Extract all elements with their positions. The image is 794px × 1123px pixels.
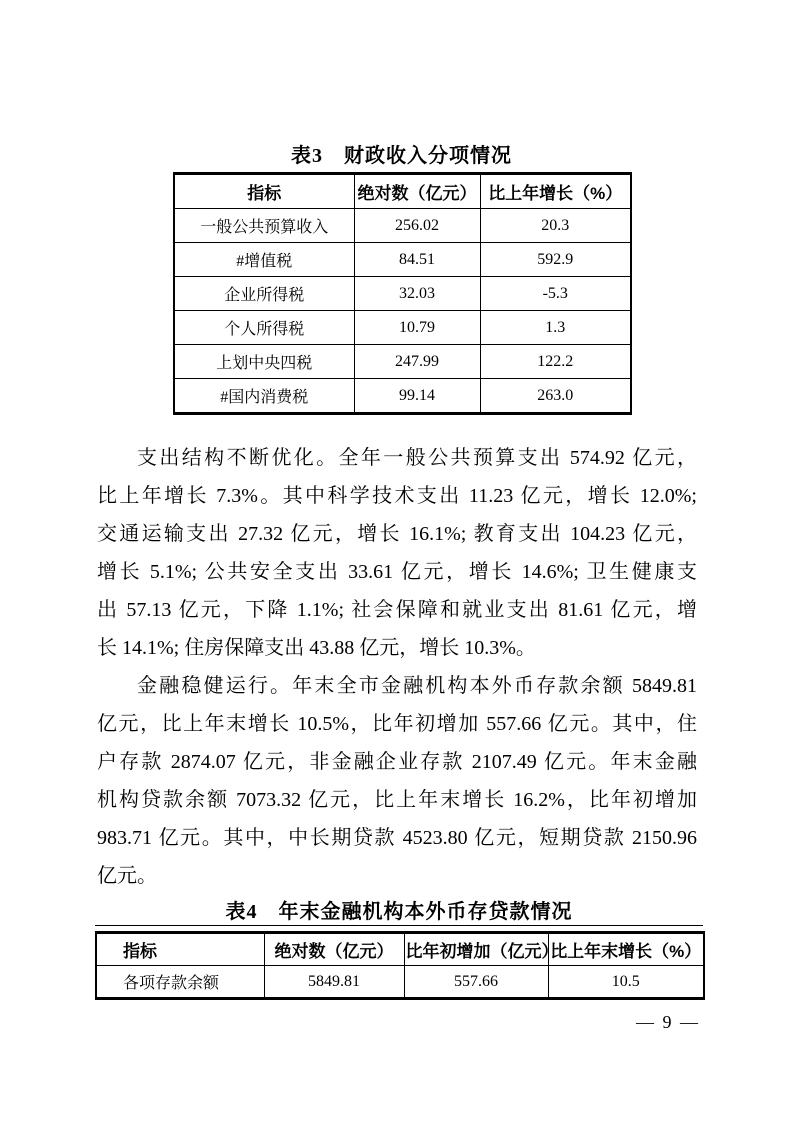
table4: 指标绝对数（亿元）比年初增加（亿元）比上年末增长（%） 各项存款余额5849.8… xyxy=(95,931,705,1000)
table-cell: 84.51 xyxy=(354,243,480,277)
table4-header-cell: 绝对数（亿元） xyxy=(264,933,404,966)
table4-header-cell: 比上年末增长（%） xyxy=(548,933,704,966)
table-cell: 5849.81 xyxy=(264,966,404,999)
body-paragraphs: 支出结构不断优化。全年一般公共预算支出 574.92 亿元，比上年增长 7.3%… xyxy=(97,439,697,895)
table4-body: 各项存款余额5849.81557.6610.5 xyxy=(96,966,704,999)
table4-header-row: 指标绝对数（亿元）比年初增加（亿元）比上年末增长（%） xyxy=(96,933,704,966)
paragraph-line: 亿元，比上年末增长 10.5%，比年初增加 557.66 亿元。其中，住 xyxy=(97,705,697,743)
table-row: 上划中央四税247.99122.2 xyxy=(174,345,631,379)
table-cell: 256.02 xyxy=(354,209,480,243)
paragraph-line: 增长 5.1%; 公共安全支出 33.61 亿元，增长 14.6%; 卫生健康支 xyxy=(97,553,697,591)
table4-header-cell: 比年初增加（亿元） xyxy=(404,933,548,966)
table-cell: -5.3 xyxy=(480,277,631,311)
table3-header-row: 指标绝对数（亿元）比上年增长（%） xyxy=(174,174,631,209)
table-cell: 企业所得税 xyxy=(174,277,354,311)
table-cell: 557.66 xyxy=(404,966,548,999)
table3-head: 指标绝对数（亿元）比上年增长（%） xyxy=(174,174,631,209)
table-row: 个人所得税10.791.3 xyxy=(174,311,631,345)
paragraph-line: 亿元。 xyxy=(97,857,697,895)
table-cell: 10.5 xyxy=(548,966,704,999)
paragraph-line: 支出结构不断优化。全年一般公共预算支出 574.92 亿元， xyxy=(97,439,697,477)
paragraph-line: 长 14.1%; 住房保障支出 43.88 亿元，增长 10.3%。 xyxy=(97,629,697,667)
table3-header-cell: 比上年增长（%） xyxy=(480,174,631,209)
paragraph-line: 983.71 亿元。其中，中长期贷款 4523.80 亿元，短期贷款 2150.… xyxy=(97,819,697,857)
table3-title: 表3 财政收入分项情况 xyxy=(173,141,630,171)
table3-body: 一般公共预算收入256.0220.3#增值税84.51592.9企业所得税32.… xyxy=(174,209,631,414)
table4-title: 表4 年末金融机构本外币存贷款情况 xyxy=(95,901,703,923)
table-cell: 20.3 xyxy=(480,209,631,243)
table4-head: 指标绝对数（亿元）比年初增加（亿元）比上年末增长（%） xyxy=(96,933,704,966)
paragraph-1: 支出结构不断优化。全年一般公共预算支出 574.92 亿元，比上年增长 7.3%… xyxy=(97,439,697,667)
table-cell: 10.79 xyxy=(354,311,480,345)
table-cell: 各项存款余额 xyxy=(96,966,264,999)
table-cell: 一般公共预算收入 xyxy=(174,209,354,243)
table-cell: #国内消费税 xyxy=(174,379,354,414)
table-row: #增值税84.51592.9 xyxy=(174,243,631,277)
table-cell: 32.03 xyxy=(354,277,480,311)
table-row: 各项存款余额5849.81557.6610.5 xyxy=(96,966,704,999)
table3-header-cell: 绝对数（亿元） xyxy=(354,174,480,209)
paragraph-2: 金融稳健运行。年末全市金融机构本外币存款余额 5849.81亿元，比上年末增长 … xyxy=(97,667,697,895)
table3-header-cell: 指标 xyxy=(174,174,354,209)
table-cell: 个人所得税 xyxy=(174,311,354,345)
paragraph-line: 出 57.13 亿元，下降 1.1%; 社会保障和就业支出 81.61 亿元，增 xyxy=(97,591,697,629)
document-page: 表3 财政收入分项情况 指标绝对数（亿元）比上年增长（%） 一般公共预算收入25… xyxy=(0,0,794,1123)
table4-header-cell: 指标 xyxy=(96,933,264,966)
paragraph-line: 机构贷款余额 7073.32 亿元，比上年末增长 16.2%，比年初增加 xyxy=(97,781,697,819)
paragraph-line: 户存款 2874.07 亿元，非金融企业存款 2107.49 亿元。年末金融 xyxy=(97,743,697,781)
page-number: — 9 — xyxy=(636,1012,700,1033)
table-cell: 263.0 xyxy=(480,379,631,414)
table-row: 企业所得税32.03-5.3 xyxy=(174,277,631,311)
paragraph-line: 金融稳健运行。年末全市金融机构本外币存款余额 5849.81 xyxy=(97,667,697,705)
paragraph-line: 比上年增长 7.3%。其中科学技术支出 11.23 亿元，增长 12.0%; xyxy=(97,477,697,515)
table-cell: 上划中央四税 xyxy=(174,345,354,379)
table4-top-rule xyxy=(95,925,703,926)
paragraph-line: 交通运输支出 27.32 亿元，增长 16.1%; 教育支出 104.23 亿元… xyxy=(97,515,697,553)
table-row: 一般公共预算收入256.0220.3 xyxy=(174,209,631,243)
table-row: #国内消费税99.14263.0 xyxy=(174,379,631,414)
table3: 指标绝对数（亿元）比上年增长（%） 一般公共预算收入256.0220.3#增值税… xyxy=(173,172,632,415)
table-cell: 99.14 xyxy=(354,379,480,414)
table-cell: 592.9 xyxy=(480,243,631,277)
table-cell: #增值税 xyxy=(174,243,354,277)
table-cell: 122.2 xyxy=(480,345,631,379)
table-cell: 247.99 xyxy=(354,345,480,379)
table-cell: 1.3 xyxy=(480,311,631,345)
